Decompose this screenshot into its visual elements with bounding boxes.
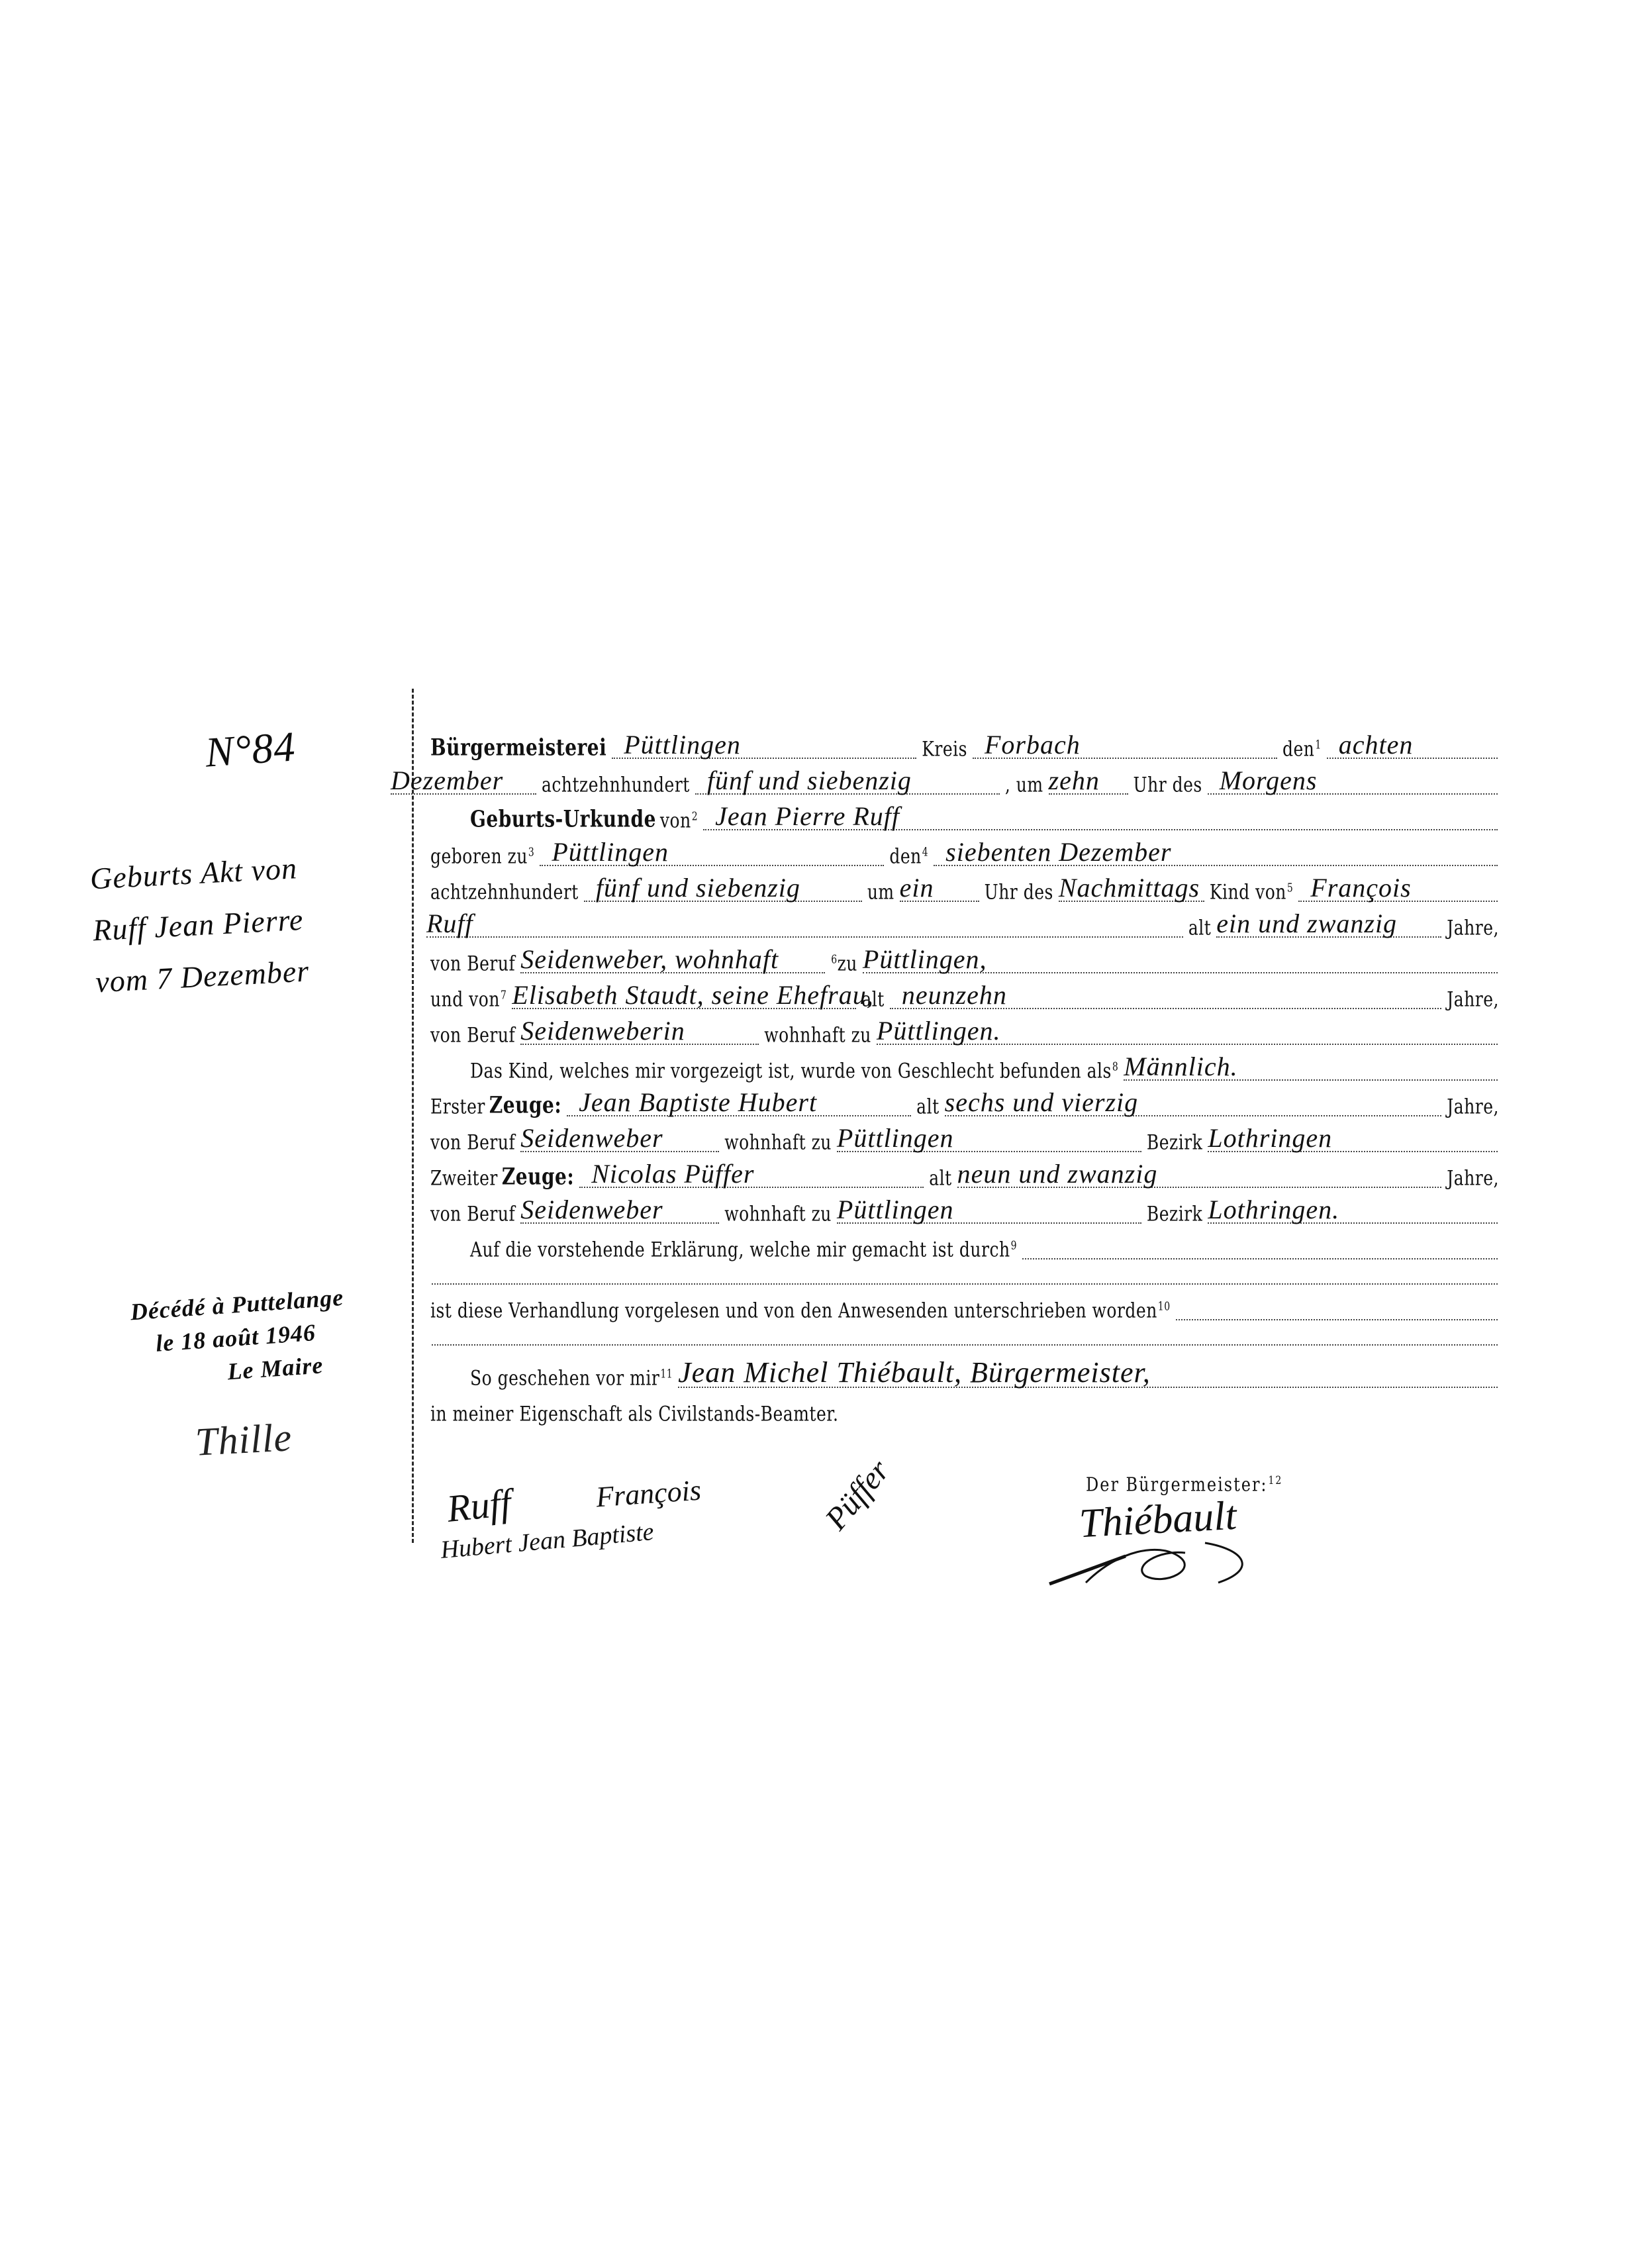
label-profession: von Beruf (430, 1202, 519, 1229)
label-years: Jahre, (1447, 916, 1503, 943)
label-at: , um (1005, 773, 1047, 800)
margin-birth-note: Geburts Akt von Ruff Jean Pierre vom 7 D… (89, 842, 311, 1009)
field-witness2-name: Nicolas Püffer (579, 1158, 924, 1188)
field-year: fünf und siebenzig (695, 764, 1000, 795)
field-witness1-name: Jean Baptiste Hubert (567, 1086, 911, 1116)
form-row-witness1-profession: von Beruf Seidenweber wohnhaft zu Püttli… (430, 1122, 1503, 1158)
signature-father-firstname: François (595, 1473, 702, 1514)
field-witness1-age: sechs und vierzig (945, 1086, 1442, 1116)
label-years: Jahre, (1447, 1095, 1503, 1122)
label-clock: Uhr des (1134, 773, 1206, 800)
birth-certificate-form: Bürgermeisterei Püttlingen Kreis Forbach… (430, 728, 1503, 1429)
field-witness1-profession: Seidenweber (520, 1122, 719, 1152)
label-region: Bezirk (1147, 1202, 1206, 1229)
margin-death-note: Décédé à Puttelange le 18 août 1946 Le M… (129, 1281, 350, 1395)
margin-note-line: vom 7 Dezember (94, 945, 311, 1008)
form-row-mother-profession: von Beruf Seidenweberin wohnhaft zu Pütt… (430, 1014, 1503, 1050)
record-number: N°84 (204, 722, 297, 777)
field-mother-name: Elisabeth Staudt, seine Ehefrau, (512, 979, 856, 1009)
label-age: alt (916, 1095, 943, 1122)
field-mother-profession: Seidenweberin (520, 1014, 759, 1045)
field-father-last-name: Ruff (426, 907, 1183, 938)
field-sex: Männlich. (1124, 1050, 1498, 1081)
field-witness2-residence: Püttlingen (837, 1193, 1141, 1224)
form-row-capacity: in meiner Eigenschaft als Civilstands-Be… (430, 1393, 1503, 1429)
label-years: Jahre, (1447, 987, 1503, 1014)
label-sex-statement: Das Kind, welches mir vorgezeigt ist, wu… (470, 1059, 1122, 1086)
form-row-sex: Das Kind, welches mir vorgezeigt ist, wu… (430, 1050, 1503, 1086)
field-birth-time-of-day: Nachmittags (1059, 871, 1204, 902)
field-mother-age: neunzehn (890, 979, 1441, 1009)
margin-mayor-signature: Thille (194, 1414, 293, 1465)
mayor-title: Der Bürgermeister:12 (1086, 1473, 1282, 1496)
label-first: Erster (430, 1095, 489, 1122)
signature-flourish-icon (1046, 1536, 1284, 1589)
field-hour: zehn (1049, 764, 1128, 795)
field-declarant-cont (432, 1254, 1498, 1285)
field-birth-year: fünf und siebenzig (584, 871, 862, 902)
label-child-of: Kind von5 (1210, 880, 1297, 907)
form-row-father-profession: von Beruf Seidenweber, wohnhaft 6zu Pütt… (430, 943, 1503, 979)
label-region: Bezirk (1147, 1130, 1206, 1158)
form-row-birth-time: achtzehnhundert fünf und siebenzig um ei… (430, 871, 1503, 907)
form-row-title: Geburts-Urkunde von2 Jean Pierre Ruff (430, 800, 1503, 836)
field-witness2-age: neun und zwanzig (957, 1158, 1442, 1188)
label-mayoralty: Bürgermeisterei (430, 734, 610, 764)
margin-divider (412, 689, 414, 1543)
field-witness1-residence: Püttlingen (837, 1122, 1141, 1152)
field-district: Forbach (973, 728, 1277, 759)
field-witness2-region: Lothringen. (1208, 1193, 1498, 1224)
field-time-of-day: Morgens (1208, 764, 1498, 795)
label-on: den4 (889, 844, 932, 871)
field-month: Dezember (391, 764, 536, 795)
signatures-area: Ruff François Hubert Jean Baptiste Püffe… (424, 1457, 1549, 1589)
label-century: achtzehnhundert (542, 773, 694, 800)
label-century: achtzehnhundert (430, 880, 583, 907)
field-read-cont (432, 1315, 1498, 1346)
field-father-profession: Seidenweber, wohnhaft (520, 943, 825, 973)
field-father-age: ein und zwanzig (1216, 907, 1441, 938)
form-row-read-cont (430, 1326, 1503, 1351)
field-official: Jean Michel Thiébault, Bürgermeister, (678, 1357, 1498, 1388)
label-of: von2 (660, 809, 702, 836)
label-clock: Uhr des (985, 880, 1057, 907)
label-done-before: So geschehen vor mir11 (470, 1366, 677, 1393)
field-father-first-name: François (1298, 871, 1498, 902)
label-profession: von Beruf (430, 1130, 519, 1158)
label-at: um (867, 880, 898, 907)
field-mother-residence: Püttlingen. (877, 1014, 1498, 1045)
label-residence: 6zu (830, 952, 861, 979)
label-second: Zweiter (430, 1166, 502, 1193)
field-mayoralty: Püttlingen (612, 728, 916, 759)
field-day: achten (1327, 728, 1498, 759)
form-row-witness2: Zweiter Zeuge: Nicolas Püffer alt neun u… (430, 1158, 1503, 1193)
label-and-of: und von7 (430, 987, 510, 1014)
form-row-declaration-cont (430, 1265, 1503, 1290)
certificate-title: Geburts-Urkunde (470, 805, 660, 836)
label-born-at: geboren zu3 (430, 844, 538, 871)
label-residence: wohnhaft zu (724, 1130, 836, 1158)
field-witness1-region: Lothringen (1208, 1122, 1498, 1152)
field-birth-place: Püttlingen (540, 836, 884, 866)
field-birth-hour: ein (900, 871, 979, 902)
label-residence: wohnhaft zu (724, 1202, 836, 1229)
field-father-residence: Püttlingen, (863, 943, 1498, 973)
form-row-date: Dezember achtzehnhundert fünf und sieben… (430, 764, 1503, 800)
form-row-mother: und von7 Elisabeth Staudt, seine Ehefrau… (430, 979, 1503, 1014)
label-profession: von Beruf (430, 952, 519, 979)
label-age: alt (1188, 916, 1215, 943)
signature-father-surname: Ruff (445, 1480, 513, 1531)
form-row-witness1: Erster Zeuge: Jean Baptiste Hubert alt s… (430, 1086, 1503, 1122)
form-row-mayoralty: Bürgermeisterei Püttlingen Kreis Forbach… (430, 728, 1503, 764)
left-margin: N°84 Geburts Akt von Ruff Jean Pierre vo… (86, 689, 404, 1550)
label-age: alt (861, 987, 888, 1014)
form-row-father-age: Ruff alt ein und zwanzig Jahre, (430, 907, 1503, 943)
field-child-name: Jean Pierre Ruff (703, 800, 1498, 830)
form-row-witness2-profession: von Beruf Seidenweber wohnhaft zu Püttli… (430, 1193, 1503, 1229)
signature-witness2: Püffer (818, 1453, 896, 1537)
form-row-official: So geschehen vor mir11 Jean Michel Thiéb… (430, 1351, 1503, 1393)
label-years: Jahre, (1447, 1166, 1503, 1193)
field-birth-date: siebenten Dezember (934, 836, 1498, 866)
label-age: alt (929, 1166, 955, 1193)
label-day: den1 (1282, 737, 1326, 764)
form-row-birthplace: geboren zu3 Püttlingen den4 siebenten De… (430, 836, 1503, 871)
label-witness: Zeuge: (489, 1091, 565, 1122)
label-residence: wohnhaft zu (764, 1023, 875, 1050)
field-witness2-profession: Seidenweber (520, 1193, 719, 1224)
label-profession: von Beruf (430, 1023, 519, 1050)
document-page: N°84 Geburts Akt von Ruff Jean Pierre vo… (0, 0, 1642, 2268)
label-district: Kreis (922, 737, 971, 764)
label-witness: Zeuge: (502, 1163, 578, 1193)
label-capacity: in meiner Eigenschaft als Civilstands-Be… (430, 1402, 842, 1429)
